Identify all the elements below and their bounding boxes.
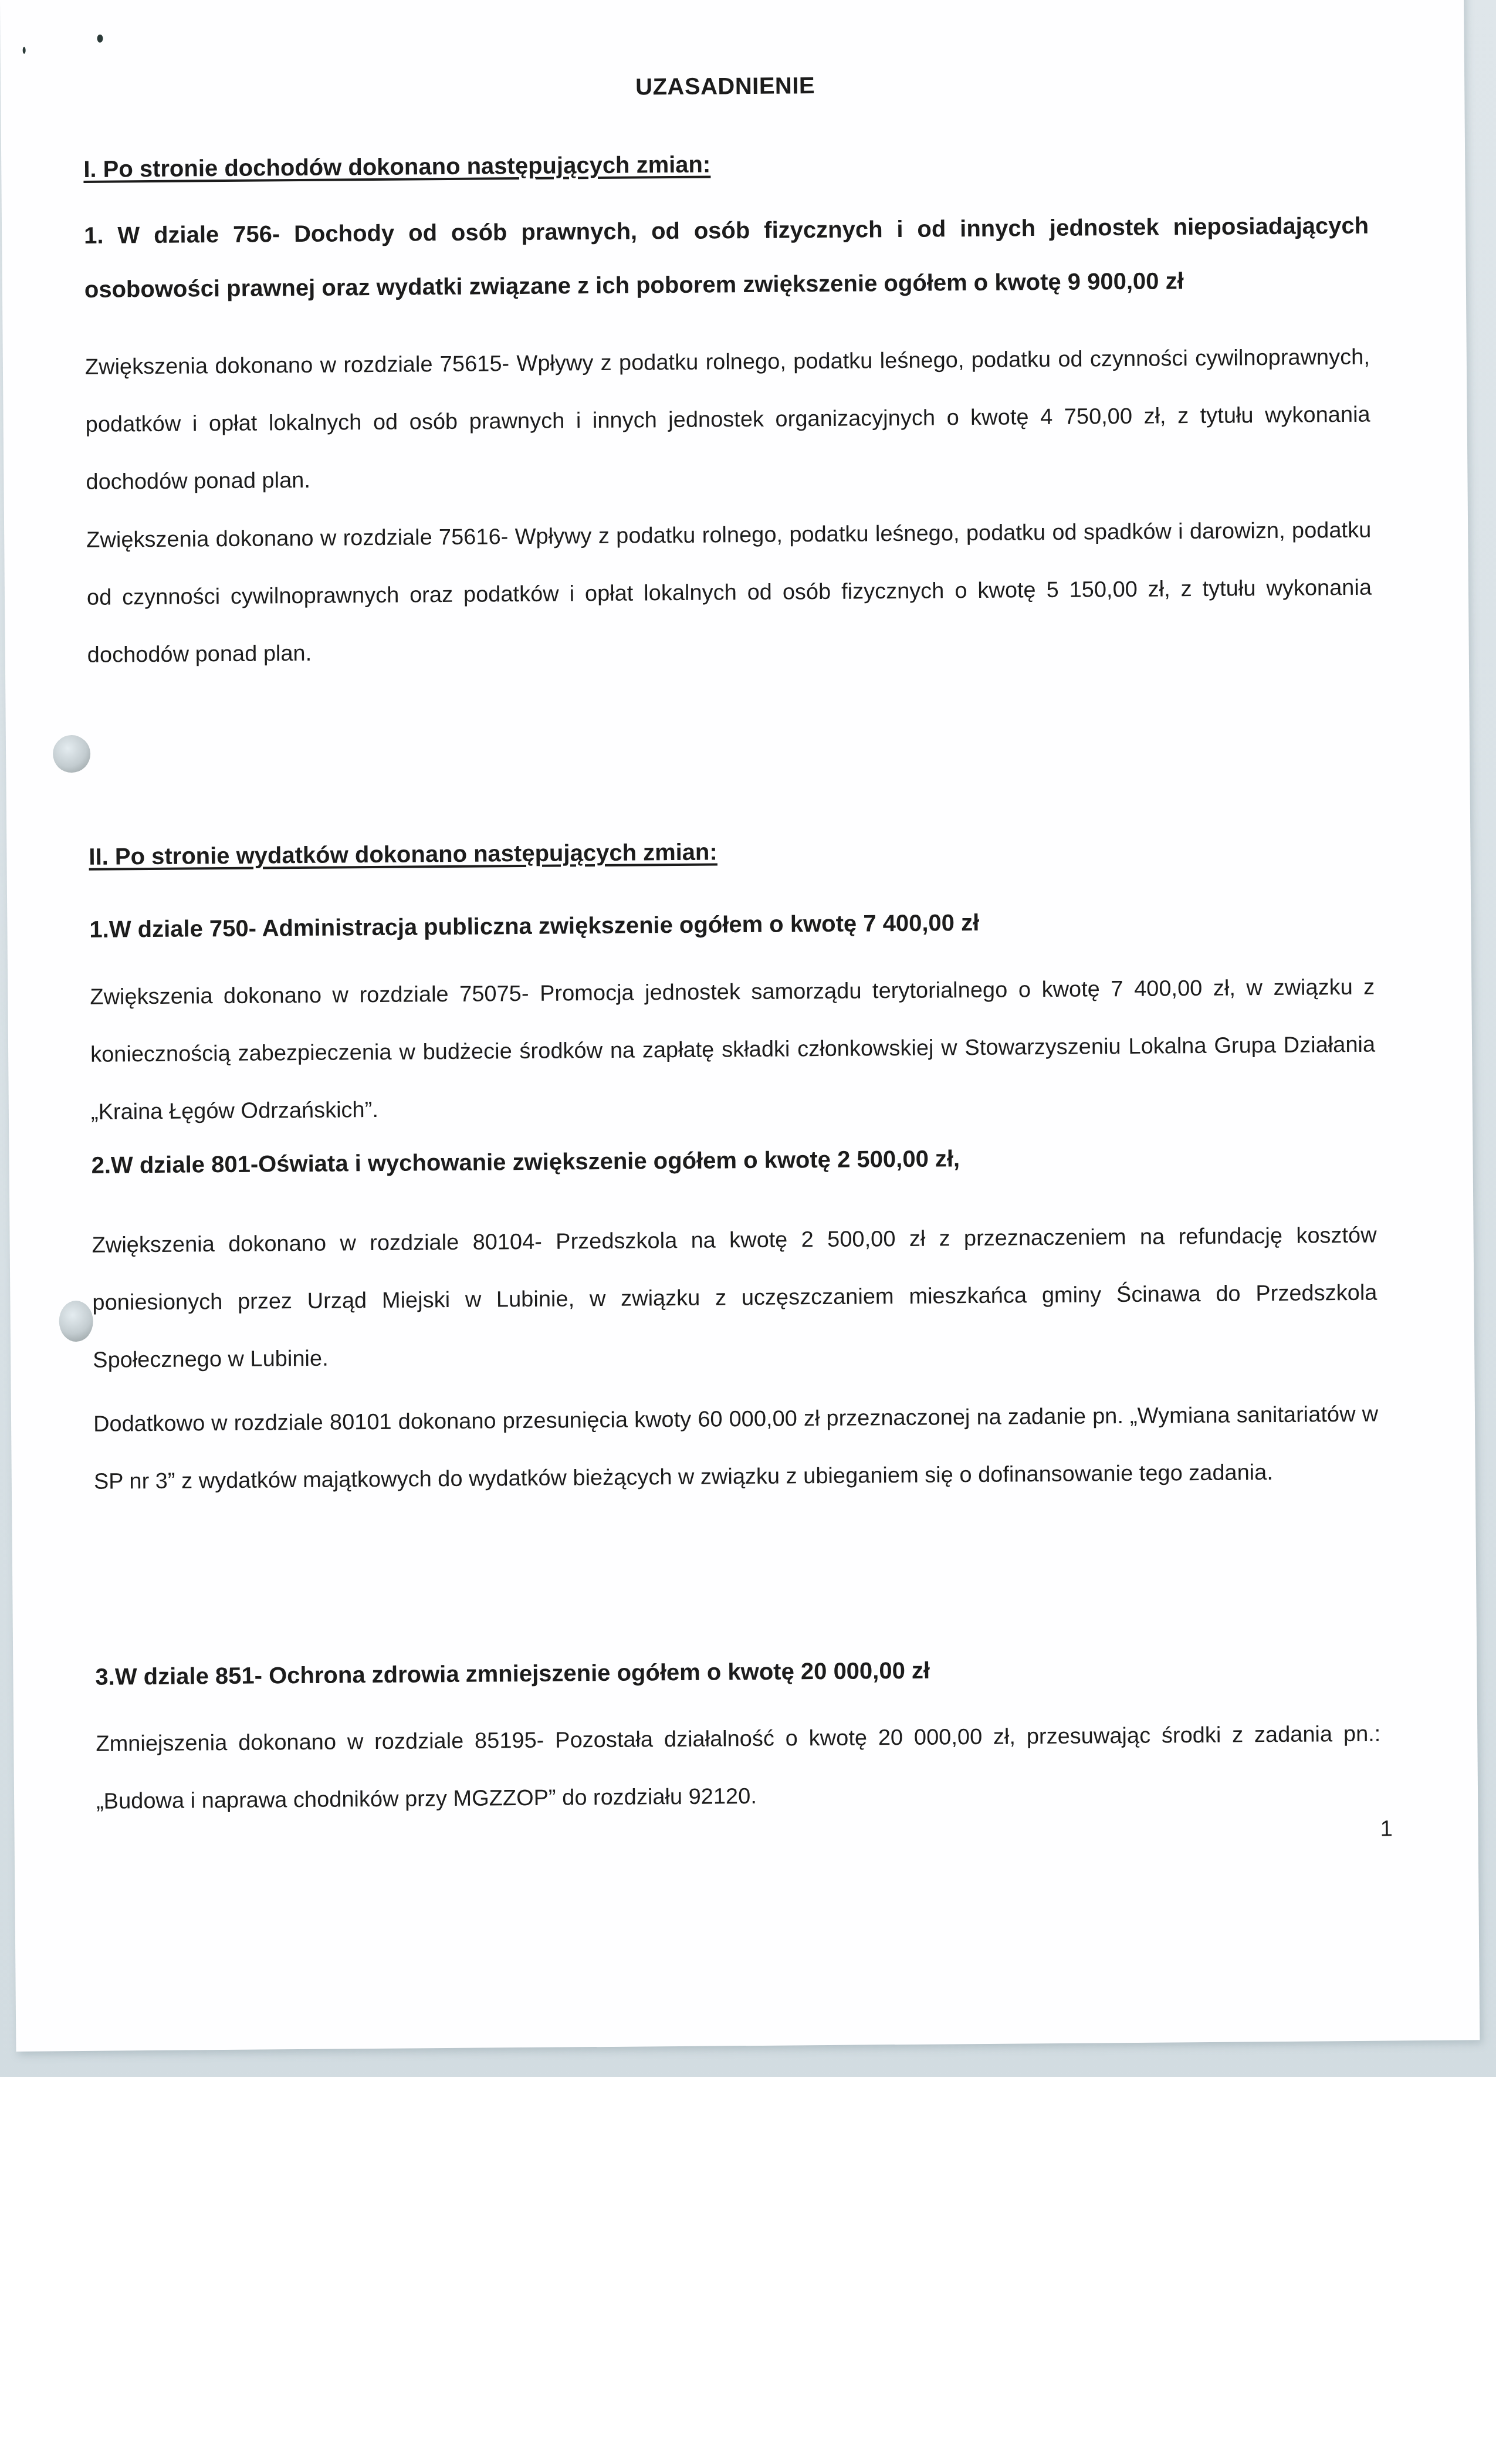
paragraph-rozdzial-80101: Dodatkowo w rozdziale 80101 dokonano prz… — [93, 1386, 1379, 1511]
section-heading-expenses: II. Po stronie wydatków dokonano następu… — [89, 839, 717, 870]
paragraph-rozdzial-75616: Zwiększenia dokonano w rozdziale 75616- … — [86, 502, 1372, 684]
subheading-dzial-851: 3.W dziale 851- Ochrona zdrowia zmniejsz… — [95, 1643, 930, 1705]
punch-hole — [59, 1301, 93, 1342]
paragraph-rozdzial-75075: Zwiększenia dokonano w rozdziale 75075- … — [90, 959, 1376, 1141]
paragraph-rozdzial-75615: Zwiększenia dokonano w rozdziale 75615- … — [85, 329, 1371, 511]
paragraph-rozdzial-85195: Zmniejszenia dokonano w rozdziale 85195-… — [96, 1705, 1381, 1830]
section-heading-income: I. Po stronie dochodów dokonano następuj… — [83, 151, 710, 182]
subheading-dzial-801: 2.W dziale 801-Oświata i wychowanie zwię… — [91, 1131, 960, 1194]
document-page: UZASADNIENIE I. Po stronie dochodów doko… — [0, 0, 1480, 2052]
scan-speck — [23, 47, 26, 54]
subheading-dzial-750: 1.W dziale 750- Administracja publiczna … — [89, 895, 980, 958]
punch-hole — [53, 735, 91, 773]
subheading-dzial-756: 1. W dziale 756- Dochody od osób prawnyc… — [84, 199, 1369, 317]
paragraph-rozdzial-80104: Zwiększenia dokonano w rozdziale 80104- … — [92, 1207, 1377, 1389]
blank-area — [0, 2077, 1496, 2464]
scan-speck — [97, 35, 103, 43]
document-title: UZASADNIENIE — [83, 69, 1368, 105]
page-number: 1 — [1380, 1816, 1392, 1842]
